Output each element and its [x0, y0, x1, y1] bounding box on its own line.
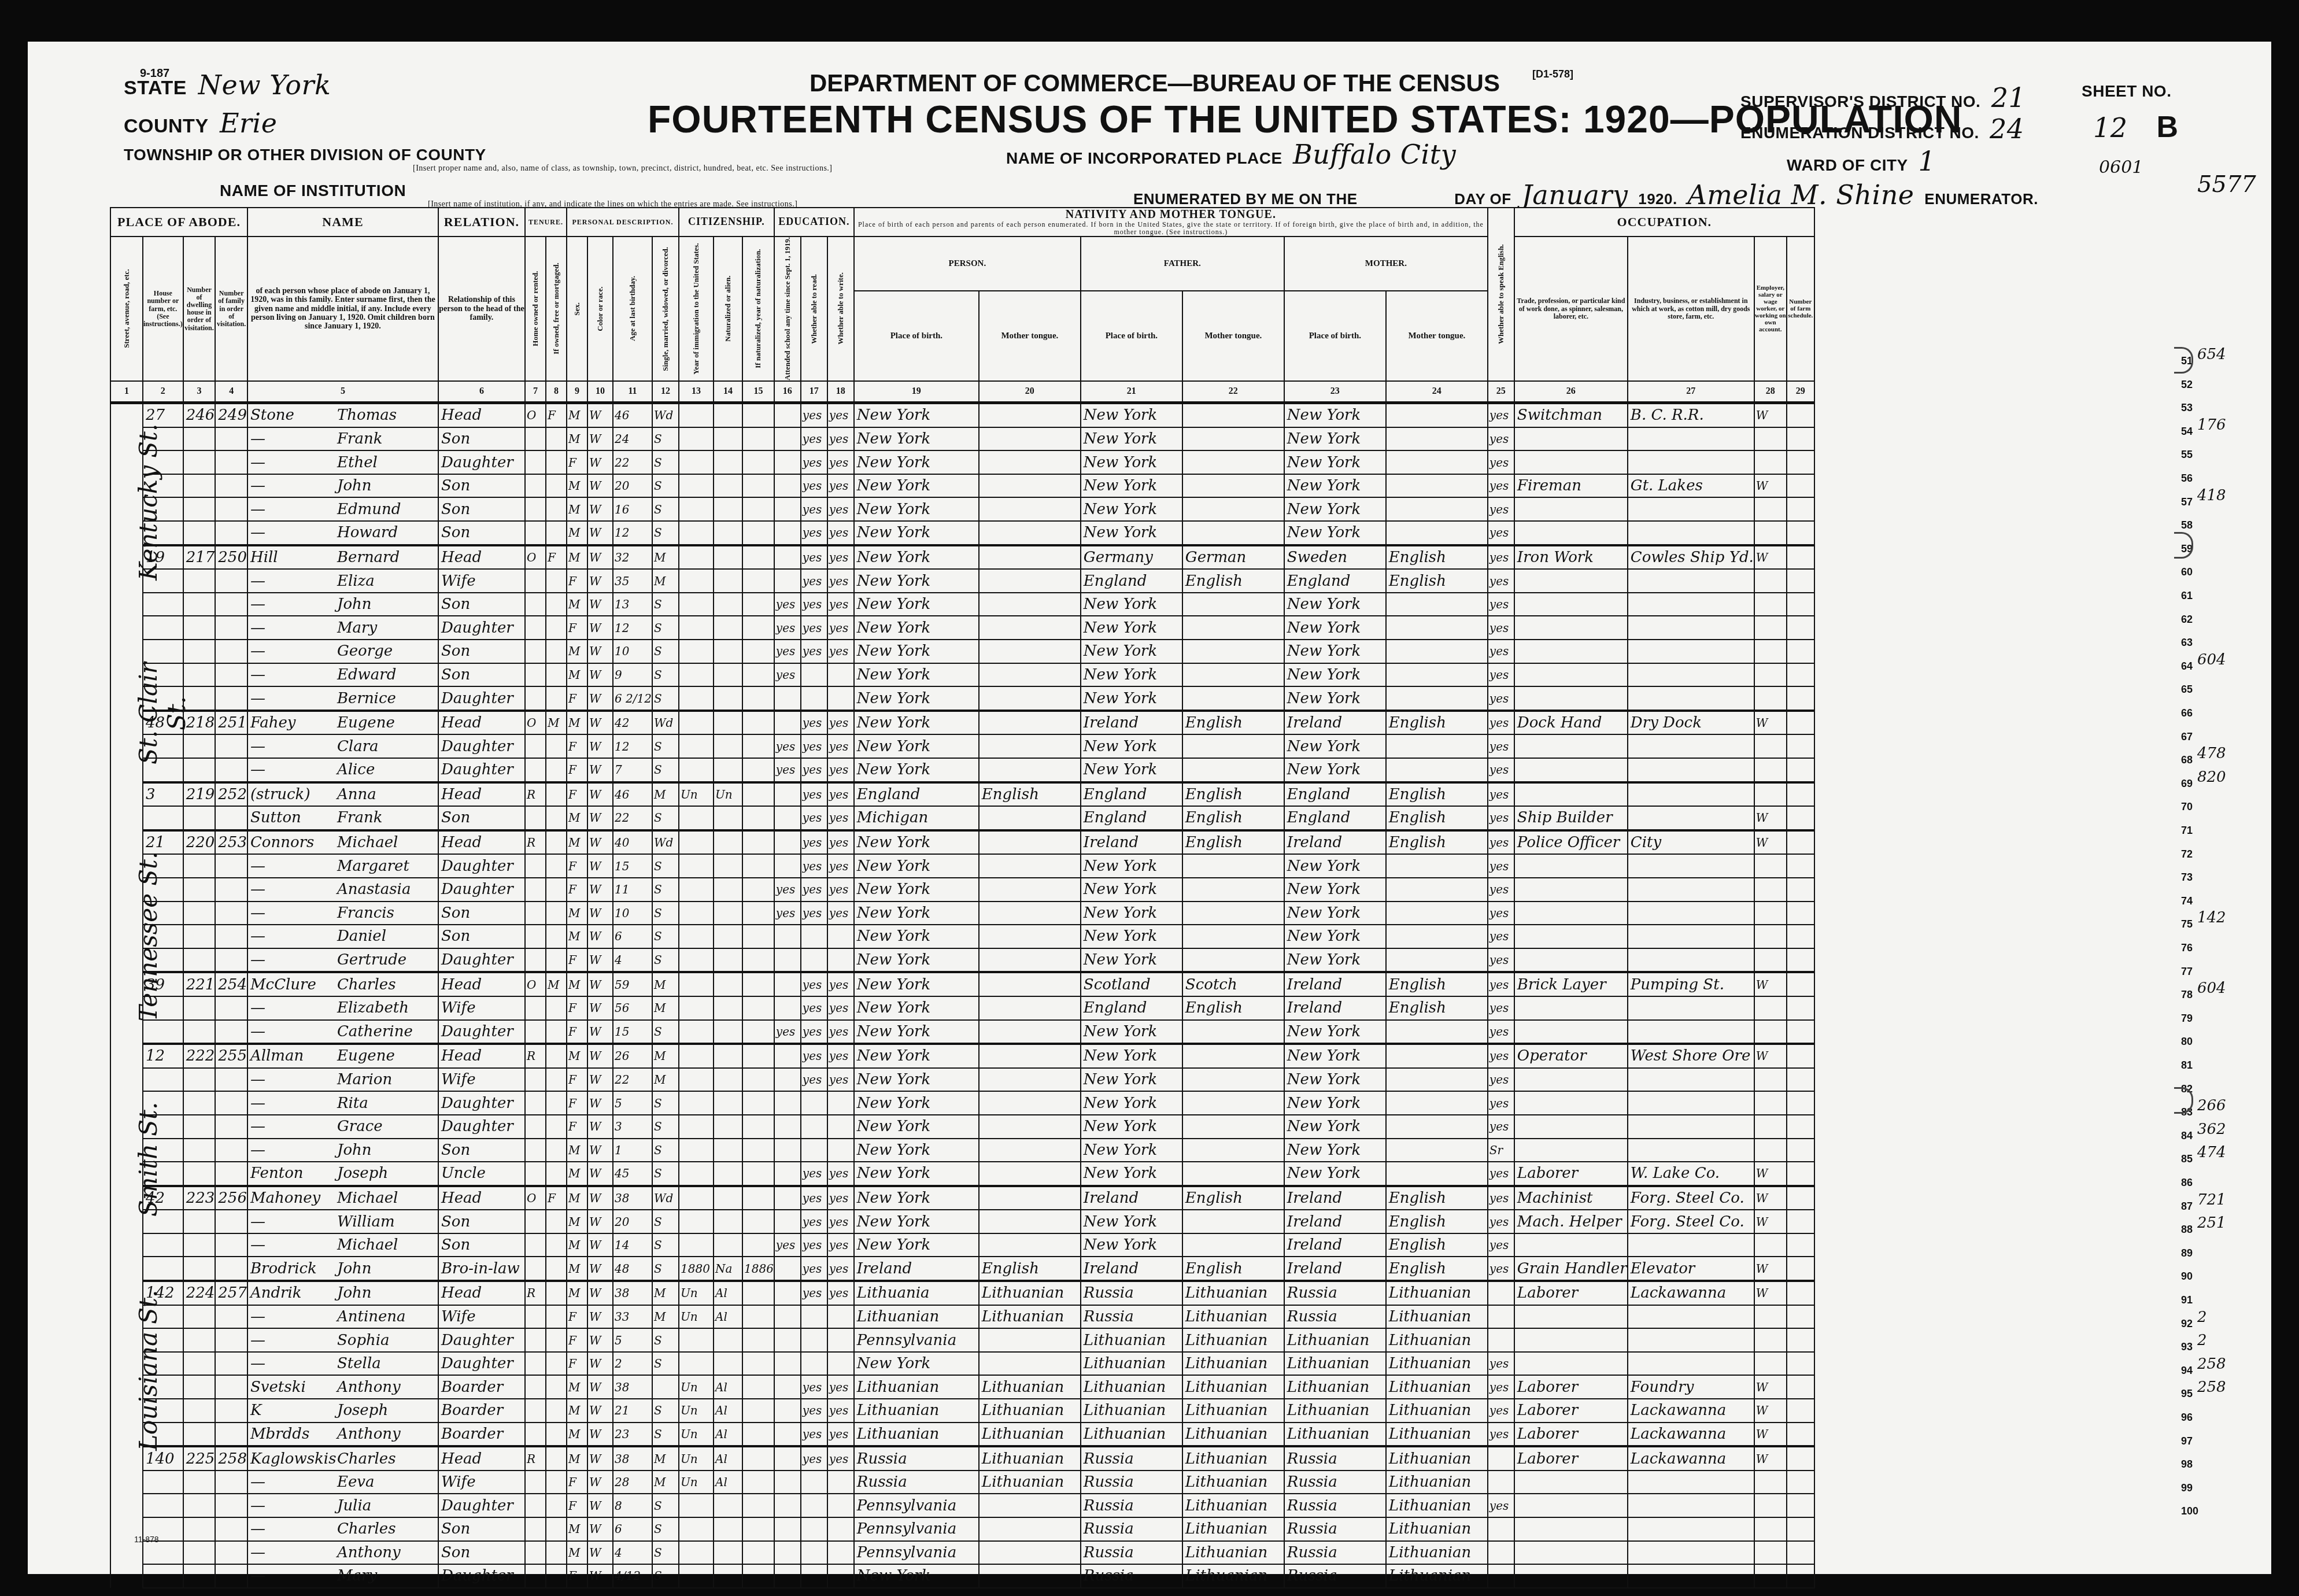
given-name: Anastasia: [337, 881, 411, 898]
cell-sex: M: [567, 1210, 587, 1233]
given-name: Anthony: [337, 1544, 401, 1561]
cell-can-read: yes: [801, 806, 827, 830]
cell-birthplace: New York: [854, 830, 979, 855]
cell-trade: [1514, 758, 1628, 782]
cell-birthplace: New York: [854, 1020, 979, 1044]
surname: Brodrick: [250, 1258, 337, 1280]
cell-naturalized: [714, 1210, 742, 1233]
cell-naturalized: [714, 1139, 742, 1162]
cell-race: W: [587, 569, 613, 593]
column-number: 16: [774, 381, 801, 403]
column-number: 11: [613, 381, 652, 403]
surname: Sutton: [250, 807, 337, 829]
cell-can-write: [827, 686, 854, 711]
table-row: —CatherineDaughterFW15SyesyesyesNew York…: [110, 1020, 1814, 1044]
cell-father-birthplace: New York: [1081, 497, 1182, 521]
cell-trade: [1514, 593, 1628, 616]
cell-birthplace: New York: [854, 758, 979, 782]
cell-marital-status: S: [652, 1352, 679, 1376]
cell-home-owned: [525, 450, 546, 474]
cell-speaks-english: yes: [1488, 902, 1514, 925]
cell-home-owned: [525, 1517, 546, 1541]
cell-speaks-english: [1488, 1517, 1514, 1541]
cell-naturalization-year: [742, 854, 774, 878]
cell-farm-schedule: [1787, 1233, 1814, 1257]
cell-farm-schedule: [1787, 854, 1814, 878]
cell-employer-class: [1754, 902, 1787, 925]
col-21-header: Place of birth.: [1081, 291, 1182, 381]
cell-age: 24: [613, 427, 652, 451]
cell-naturalized: [714, 427, 742, 451]
column-number: 19: [854, 381, 979, 403]
cell-birthplace: Michigan: [854, 806, 979, 830]
cell-attended-school: [774, 1517, 801, 1541]
cell-farm-schedule: [1787, 1044, 1814, 1068]
mother-header: MOTHER.: [1284, 237, 1488, 291]
cell-person-name: —Gertrude: [247, 948, 438, 973]
cell-sex: F: [567, 1352, 587, 1376]
cell-industry: [1628, 878, 1754, 902]
cell-employer-class: [1754, 996, 1787, 1020]
cell-birthplace: New York: [854, 925, 979, 948]
supervisor-district-field: SUPERVISOR'S DISTRICT NO. 21: [1740, 82, 2026, 113]
cell-mother-birthplace: Ireland: [1284, 830, 1386, 855]
cell-farm-schedule: [1787, 1115, 1814, 1139]
cell-mother-mother-tongue: Lithuanian: [1386, 1564, 1488, 1588]
cell-race: W: [587, 616, 613, 640]
cell-farm-schedule: [1787, 1210, 1814, 1233]
given-name: Charles: [337, 1450, 396, 1468]
column-number: 3: [183, 381, 216, 403]
cell-can-write: [827, 1564, 854, 1588]
cell-naturalized: [714, 1494, 742, 1517]
cell-mother-tongue: [979, 1233, 1081, 1257]
table-row: FentonJosephUncleMW45SyesyesNew YorkNew …: [110, 1162, 1814, 1186]
cell-mortgage: [546, 1044, 567, 1068]
cell-race: W: [587, 403, 613, 427]
cell-relation: Bro-in-law: [438, 1257, 525, 1281]
cell-naturalization-year: [742, 1115, 774, 1139]
cell-sex: F: [567, 1115, 587, 1139]
cell-race: W: [587, 686, 613, 711]
cell-trade: Brick Layer: [1514, 972, 1628, 996]
cell-person-name: AllmanEugene: [247, 1044, 438, 1068]
cell-family-number: [215, 1233, 247, 1257]
cell-immigration-year: Un: [679, 1423, 714, 1447]
group-occupation: OCCUPATION.: [1514, 208, 1814, 237]
table-row: —DanielSonMW6SNew YorkNew YorkNew Yorkye…: [110, 925, 1814, 948]
cell-attended-school: [774, 1423, 801, 1447]
cell-mother-mother-tongue: [1386, 948, 1488, 973]
cell-person-name: —Julia: [247, 1494, 438, 1517]
cell-mortgage: M: [546, 711, 567, 735]
cell-home-owned: [525, 1375, 546, 1399]
cell-home-owned: [525, 663, 546, 687]
cell-marital-status: S: [652, 1162, 679, 1186]
given-name: Michael: [337, 834, 398, 851]
cell-family-number: 258: [215, 1446, 247, 1471]
col-22-header: Mother tongue.: [1182, 291, 1284, 381]
surname: Hill: [250, 546, 337, 568]
surname: —: [250, 736, 337, 758]
col-13-header: Year of immigration to the United States…: [679, 237, 714, 381]
cell-family-number: [215, 902, 247, 925]
cell-trade: Grain Handler: [1514, 1257, 1628, 1281]
cell-speaks-english: yes: [1488, 1044, 1514, 1068]
cell-birthplace: Lithuanian: [854, 1305, 979, 1329]
cell-father-birthplace: New York: [1081, 593, 1182, 616]
cell-mortgage: F: [546, 403, 567, 427]
cell-sex: M: [567, 403, 587, 427]
cell-can-write: yes: [827, 758, 854, 782]
cell-mother-birthplace: New York: [1284, 1162, 1386, 1186]
line-number: 71: [2181, 825, 2193, 837]
cell-birthplace: Lithuanian: [854, 1375, 979, 1399]
cell-immigration-year: [679, 1494, 714, 1517]
cell-mortgage: [546, 1257, 567, 1281]
cell-dwelling-number: [183, 1564, 216, 1588]
cell-age: 5: [613, 1091, 652, 1115]
cell-person-name: —Marion: [247, 1068, 438, 1092]
cell-mother-birthplace: England: [1284, 782, 1386, 807]
cell-farm-schedule: [1787, 878, 1814, 902]
surname: —: [250, 1542, 337, 1564]
cell-can-write: [827, 925, 854, 948]
given-name: Catherine: [337, 1023, 413, 1040]
cell-race: W: [587, 972, 613, 996]
cell-mortgage: M: [546, 972, 567, 996]
group-nativity: NATIVITY AND MOTHER TONGUE. Place of bir…: [854, 208, 1488, 237]
cell-speaks-english: [1488, 1305, 1514, 1329]
cell-father-birthplace: Ireland: [1081, 1257, 1182, 1281]
margin-annotation: 604: [2197, 980, 2226, 997]
cell-relation: Daughter: [438, 878, 525, 902]
cell-birthplace: Pennsylvania: [854, 1494, 979, 1517]
cell-age: 7: [613, 758, 652, 782]
cell-person-name: —Edmund: [247, 497, 438, 521]
cell-industry: Lackawanna: [1628, 1423, 1754, 1447]
cell-marital-status: M: [652, 996, 679, 1020]
cell-dwelling-number: [183, 1494, 216, 1517]
cell-father-birthplace: New York: [1081, 640, 1182, 663]
enumerated-field: ENUMERATED BY ME ON THE DAY OF January 1…: [1133, 179, 2038, 210]
cell-age: 42: [613, 711, 652, 735]
col-3-header: Number of dwelling house in order of vis…: [183, 237, 216, 381]
cell-house-number: [143, 1541, 183, 1565]
cell-father-tongue: Lithuanian: [1182, 1375, 1284, 1399]
table-row: —WilliamSonMW20SyesyesNew YorkNew YorkIr…: [110, 1210, 1814, 1233]
cell-speaks-english: yes: [1488, 1186, 1514, 1210]
cell-person-name: —Bernice: [247, 686, 438, 711]
cell-naturalization-year: [742, 830, 774, 855]
cell-mother-tongue: [979, 640, 1081, 663]
cell-immigration-year: [679, 878, 714, 902]
cell-can-read: yes: [801, 1233, 827, 1257]
cell-sex: F: [567, 1471, 587, 1494]
cell-farm-schedule: [1787, 1020, 1814, 1044]
cell-father-birthplace: New York: [1081, 450, 1182, 474]
cell-relation: Daughter: [438, 948, 525, 973]
cell-race: W: [587, 1305, 613, 1329]
cell-mother-mother-tongue: Lithuanian: [1386, 1494, 1488, 1517]
cell-race: W: [587, 1139, 613, 1162]
cell-mother-tongue: [979, 497, 1081, 521]
cell-mother-tongue: [979, 806, 1081, 830]
cell-dwelling-number: [183, 1257, 216, 1281]
margin-annotation: 418: [2197, 487, 2226, 504]
cell-marital-status: S: [652, 878, 679, 902]
cell-age: 16: [613, 497, 652, 521]
surname: Fenton: [250, 1162, 337, 1184]
given-name: Eugene: [337, 714, 395, 731]
given-name: Edmund: [337, 501, 401, 518]
cell-father-tongue: English: [1182, 806, 1284, 830]
line-number: 94: [2181, 1365, 2193, 1377]
cell-trade: [1514, 1020, 1628, 1044]
table-row: —AnthonySonMW4SPennsylvaniaRussiaLithuan…: [110, 1541, 1814, 1565]
column-number: 27: [1628, 381, 1754, 403]
cell-trade: Laborer: [1514, 1423, 1628, 1447]
cell-family-number: [215, 1541, 247, 1565]
surname: —: [250, 617, 337, 639]
cell-speaks-english: yes: [1488, 711, 1514, 735]
cell-farm-schedule: [1787, 806, 1814, 830]
cell-father-birthplace: New York: [1081, 686, 1182, 711]
cell-employer-class: W: [1754, 830, 1787, 855]
cell-attended-school: [774, 1139, 801, 1162]
cell-family-number: [215, 854, 247, 878]
surname: K: [250, 1399, 337, 1421]
cell-street: [110, 1541, 143, 1565]
cell-mortgage: [546, 1139, 567, 1162]
cell-farm-schedule: [1787, 1352, 1814, 1376]
cell-mother-mother-tongue: [1386, 925, 1488, 948]
cell-immigration-year: Un: [679, 782, 714, 807]
person-header: PERSON.: [854, 237, 1081, 291]
cell-employer-class: [1754, 854, 1787, 878]
line-number: 96: [2181, 1412, 2193, 1424]
cell-marital-status: S: [652, 616, 679, 640]
cell-mother-mother-tongue: English: [1386, 1210, 1488, 1233]
cell-race: W: [587, 1020, 613, 1044]
col-8-header: If owned, free or mortgaged.: [546, 237, 567, 381]
cell-can-write: yes: [827, 806, 854, 830]
cell-can-read: yes: [801, 782, 827, 807]
township-instructions: [Insert proper name and, also, name of c…: [413, 164, 833, 173]
cell-person-name: —Frank: [247, 427, 438, 451]
cell-relation: Daughter: [438, 1494, 525, 1517]
cell-naturalized: Al: [714, 1281, 742, 1305]
cell-immigration-year: [679, 616, 714, 640]
incorporated-place-value: Buffalo City: [1293, 139, 1456, 170]
cell-mother-mother-tongue: English: [1386, 569, 1488, 593]
cell-mother-birthplace: New York: [1284, 663, 1386, 687]
surname: (struck): [250, 784, 337, 806]
cell-birthplace: New York: [854, 593, 979, 616]
cell-can-write: yes: [827, 734, 854, 758]
surname: —: [250, 570, 337, 592]
surname: —: [250, 759, 337, 781]
cell-employer-class: [1754, 1139, 1787, 1162]
cell-dwelling-number: 223: [183, 1186, 216, 1210]
cell-mother-birthplace: Russia: [1284, 1281, 1386, 1305]
cell-home-owned: R: [525, 830, 546, 855]
table-row: —EthelDaughterFW22SyesyesNew YorkNew Yor…: [110, 450, 1814, 474]
cell-speaks-english: yes: [1488, 1162, 1514, 1186]
cell-trade: Police Officer: [1514, 830, 1628, 855]
line-number: 90: [2181, 1270, 2193, 1283]
cell-age: 4: [613, 1541, 652, 1565]
cell-farm-schedule: [1787, 616, 1814, 640]
cell-age: 38: [613, 1186, 652, 1210]
cell-family-number: [215, 521, 247, 545]
year-value: 1920.: [1638, 190, 1677, 208]
cell-can-read: [801, 948, 827, 973]
cell-can-read: [801, 686, 827, 711]
cell-naturalization-year: [742, 427, 774, 451]
cell-mother-birthplace: Russia: [1284, 1541, 1386, 1565]
cell-dwelling-number: [183, 1399, 216, 1423]
cell-marital-status: M: [652, 545, 679, 570]
cell-father-tongue: Lithuanian: [1182, 1328, 1284, 1352]
cell-can-write: [827, 1471, 854, 1494]
cell-employer-class: [1754, 1517, 1787, 1541]
cell-trade: Mach. Helper: [1514, 1210, 1628, 1233]
cell-naturalized: [714, 686, 742, 711]
table-row: —MichaelSonMW14SyesyesyesNew YorkNew Yor…: [110, 1233, 1814, 1257]
cell-home-owned: [525, 1494, 546, 1517]
cell-mother-tongue: Lithuanian: [979, 1471, 1081, 1494]
cell-father-tongue: [1182, 521, 1284, 545]
cell-mother-mother-tongue: Lithuanian: [1386, 1446, 1488, 1471]
cell-father-tongue: [1182, 1091, 1284, 1115]
cell-birthplace: New York: [854, 711, 979, 735]
cell-mother-mother-tongue: [1386, 878, 1488, 902]
cell-family-number: [215, 640, 247, 663]
cell-naturalization-year: [742, 663, 774, 687]
cell-mortgage: [546, 782, 567, 807]
cell-industry: [1628, 996, 1754, 1020]
cell-age: 48: [613, 1257, 652, 1281]
given-name: Ethel: [337, 454, 378, 471]
cell-naturalized: [714, 1162, 742, 1186]
cell-marital-status: S: [652, 806, 679, 830]
cell-can-write: yes: [827, 403, 854, 427]
cell-father-tongue: [1182, 854, 1284, 878]
cell-race: W: [587, 1257, 613, 1281]
cell-sex: M: [567, 925, 587, 948]
line-number: 62: [2181, 614, 2193, 626]
cell-mortgage: [546, 450, 567, 474]
cell-naturalization-year: [742, 640, 774, 663]
cell-person-name: FentonJoseph: [247, 1162, 438, 1186]
cell-age: 32: [613, 545, 652, 570]
cell-race: W: [587, 593, 613, 616]
given-name: George: [337, 642, 393, 660]
cell-marital-status: M: [652, 1044, 679, 1068]
cell-father-birthplace: New York: [1081, 878, 1182, 902]
cell-mother-tongue: [979, 1564, 1081, 1588]
line-number: 76: [2181, 942, 2193, 954]
cell-mortgage: [546, 1281, 567, 1305]
cell-mother-birthplace: Russia: [1284, 1471, 1386, 1494]
cell-immigration-year: [679, 806, 714, 830]
cell-sex: M: [567, 497, 587, 521]
cell-age: 9: [613, 663, 652, 687]
cell-birthplace: New York: [854, 521, 979, 545]
cell-naturalized: [714, 1233, 742, 1257]
cell-father-birthplace: New York: [1081, 427, 1182, 451]
institution-field: NAME OF INSTITUTION [Insert name of inst…: [220, 182, 797, 209]
cell-trade: Laborer: [1514, 1162, 1628, 1186]
cell-race: W: [587, 806, 613, 830]
cell-industry: [1628, 782, 1754, 807]
cell-immigration-year: [679, 902, 714, 925]
cell-immigration-year: [679, 474, 714, 498]
cell-trade: Machinist: [1514, 1186, 1628, 1210]
cell-family-number: [215, 734, 247, 758]
cell-farm-schedule: [1787, 427, 1814, 451]
cell-sex: M: [567, 1233, 587, 1257]
cell-mother-birthplace: Russia: [1284, 1517, 1386, 1541]
cell-relation: Son: [438, 474, 525, 498]
cell-birthplace: New York: [854, 1115, 979, 1139]
cell-industry: W. Lake Co.: [1628, 1162, 1754, 1186]
cell-home-owned: [525, 878, 546, 902]
cell-person-name: BrodrickJohn: [247, 1257, 438, 1281]
cell-immigration-year: [679, 830, 714, 855]
cell-naturalized: [714, 1186, 742, 1210]
cell-race: W: [587, 830, 613, 855]
cell-mother-birthplace: New York: [1284, 1139, 1386, 1162]
cell-trade: [1514, 1091, 1628, 1115]
table-row: —FrankSonMW24SyesyesNew YorkNew YorkNew …: [110, 427, 1814, 451]
cell-can-write: yes: [827, 902, 854, 925]
margin-annotation: 474: [2197, 1144, 2226, 1161]
surname: —: [250, 688, 337, 710]
cell-naturalized: [714, 996, 742, 1020]
cell-attended-school: [774, 1210, 801, 1233]
cell-speaks-english: yes: [1488, 830, 1514, 855]
cell-mother-tongue: Lithuanian: [979, 1375, 1081, 1399]
table-row: 140225258KaglowskisCharlesHeadRMW38MUnAl…: [110, 1446, 1814, 1471]
form-code: [D1-578]: [1532, 68, 1573, 80]
cell-birthplace: New York: [854, 1352, 979, 1376]
line-number: 98: [2181, 1458, 2193, 1471]
table-row: —ElizabethWifeFW56MyesyesNew YorkEngland…: [110, 996, 1814, 1020]
cell-person-name: —Antinena: [247, 1305, 438, 1329]
cell-can-write: yes: [827, 1044, 854, 1068]
cell-employer-class: W: [1754, 1375, 1787, 1399]
cell-father-tongue: [1182, 1020, 1284, 1044]
cell-person-name: KJoseph: [247, 1399, 438, 1423]
surname: —: [250, 498, 337, 520]
cell-race: W: [587, 1517, 613, 1541]
cell-home-owned: [525, 427, 546, 451]
cell-home-owned: [525, 640, 546, 663]
cell-dwelling-number: [183, 1352, 216, 1376]
cell-father-birthplace: New York: [1081, 1139, 1182, 1162]
surname: —: [250, 1211, 337, 1233]
cell-farm-schedule: [1787, 1305, 1814, 1329]
cell-trade: [1514, 925, 1628, 948]
punch-hole: [2174, 347, 2193, 374]
cell-speaks-english: [1488, 1541, 1514, 1565]
cell-father-birthplace: Russia: [1081, 1494, 1182, 1517]
cell-father-tongue: Lithuanian: [1182, 1305, 1284, 1329]
cell-mother-birthplace: Lithuanian: [1284, 1423, 1386, 1447]
given-name: Mary: [337, 1567, 377, 1584]
